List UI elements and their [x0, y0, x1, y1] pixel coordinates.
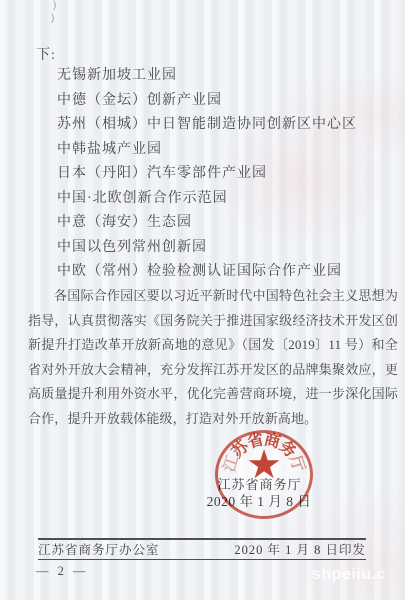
list-item: 中德（金坛）创新产业园 — [57, 89, 387, 114]
seal-arc-char: 江 — [220, 453, 243, 476]
body-paragraph: 各国际合作园区要以习近平新时代中国特色社会主义思想为指导，认真贯彻落实《国务院关… — [28, 284, 398, 431]
seal-arc-char: 商 — [261, 431, 283, 453]
list-item: 中意（海安）生态园 — [57, 211, 387, 236]
list-item: 中欧（常州）检验检测认证国际合作产业园 — [57, 260, 387, 285]
seal-arc-char: 苏 — [228, 437, 253, 462]
seal-arc-char: 厅 — [285, 453, 308, 476]
scan-artifact-mark: ) — [53, 0, 56, 11]
list-item: 日本（丹阳）汽车零部件产业园 — [57, 162, 387, 187]
list-prefix-label: 下: — [36, 44, 56, 64]
seal-arc-char: 务 — [275, 437, 300, 462]
seal-arc-char: 省 — [245, 431, 267, 453]
footer-print-date: 2020 年 1 月 8 日印发 — [234, 540, 366, 558]
list-item: 中国以色列常州创新园 — [57, 236, 387, 261]
list-item: 中韩盐城产业园 — [57, 138, 387, 163]
list-item: 中国·北欧创新合作示范园 — [57, 187, 387, 212]
watermark-text: shpeiiu.c — [312, 566, 386, 584]
scan-artifact-mark: ) — [51, 13, 54, 24]
scanned-document-page: ) ) 下: 无锡新加坡工业园中德（金坛）创新产业园苏州（相城）中日智能制造协同… — [0, 0, 405, 600]
footer-row: 江苏省商务厅办公室 2020 年 1 月 8 日印发 — [38, 539, 366, 558]
footer-issuer: 江苏省商务厅办公室 — [38, 540, 160, 558]
page-number: — 2 — — [36, 564, 89, 579]
list-item: 无锡新加坡工业园 — [57, 64, 387, 89]
footer-divider — [38, 559, 366, 560]
signature-date: 2020 年 1 月 8 日 — [206, 490, 312, 510]
list-item: 苏州（相城）中日智能制造协同创新区中心区 — [57, 113, 387, 138]
park-list: 无锡新加坡工业园中德（金坛）创新产业园苏州（相城）中日智能制造协同创新区中心区中… — [57, 64, 387, 285]
